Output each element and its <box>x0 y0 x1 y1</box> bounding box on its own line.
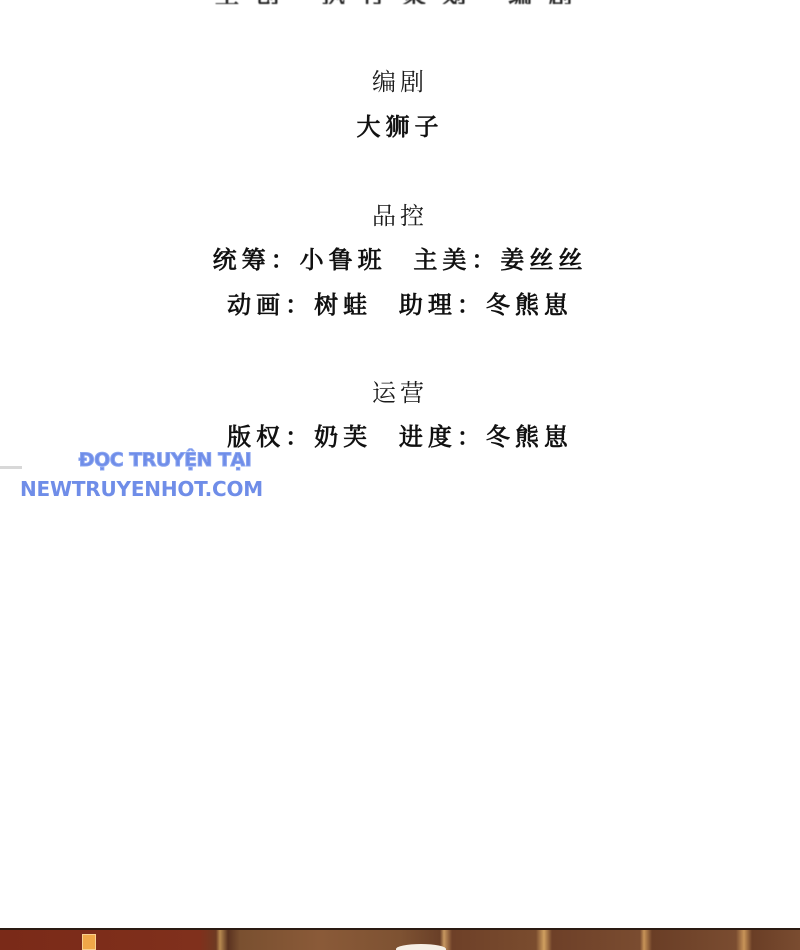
watermark-line-1: ĐỌC TRUYỆN TẠI <box>20 447 310 473</box>
section-title-operations: 运营 <box>0 373 800 408</box>
watermark-line-2: NEWTRUYENHOT.COM <box>20 475 310 503</box>
watermark: ĐỌC TRUYỆN TẠI NEWTRUYENHOT.COM <box>20 447 310 503</box>
section-title-screenwriter: 编剧 <box>0 62 800 97</box>
watermark-small-mark <box>0 466 22 469</box>
cropped-top-text: 主 创 · 执 行 策 划 · 编 剧 · 美 编 <box>215 0 585 4</box>
lantern-shape <box>82 934 96 950</box>
credit-line-animation-assistant: 动画：树蛙 助理：冬熊崽 <box>0 285 800 320</box>
light-patch <box>396 944 446 950</box>
credit-line-coordination-art: 统筹：小鲁班 主美：姜丝丝 <box>0 240 800 275</box>
next-panel-image-strip <box>0 928 800 950</box>
section-title-quality-control: 品控 <box>0 196 800 231</box>
credit-line-screenwriter: 大狮子 <box>0 107 800 142</box>
